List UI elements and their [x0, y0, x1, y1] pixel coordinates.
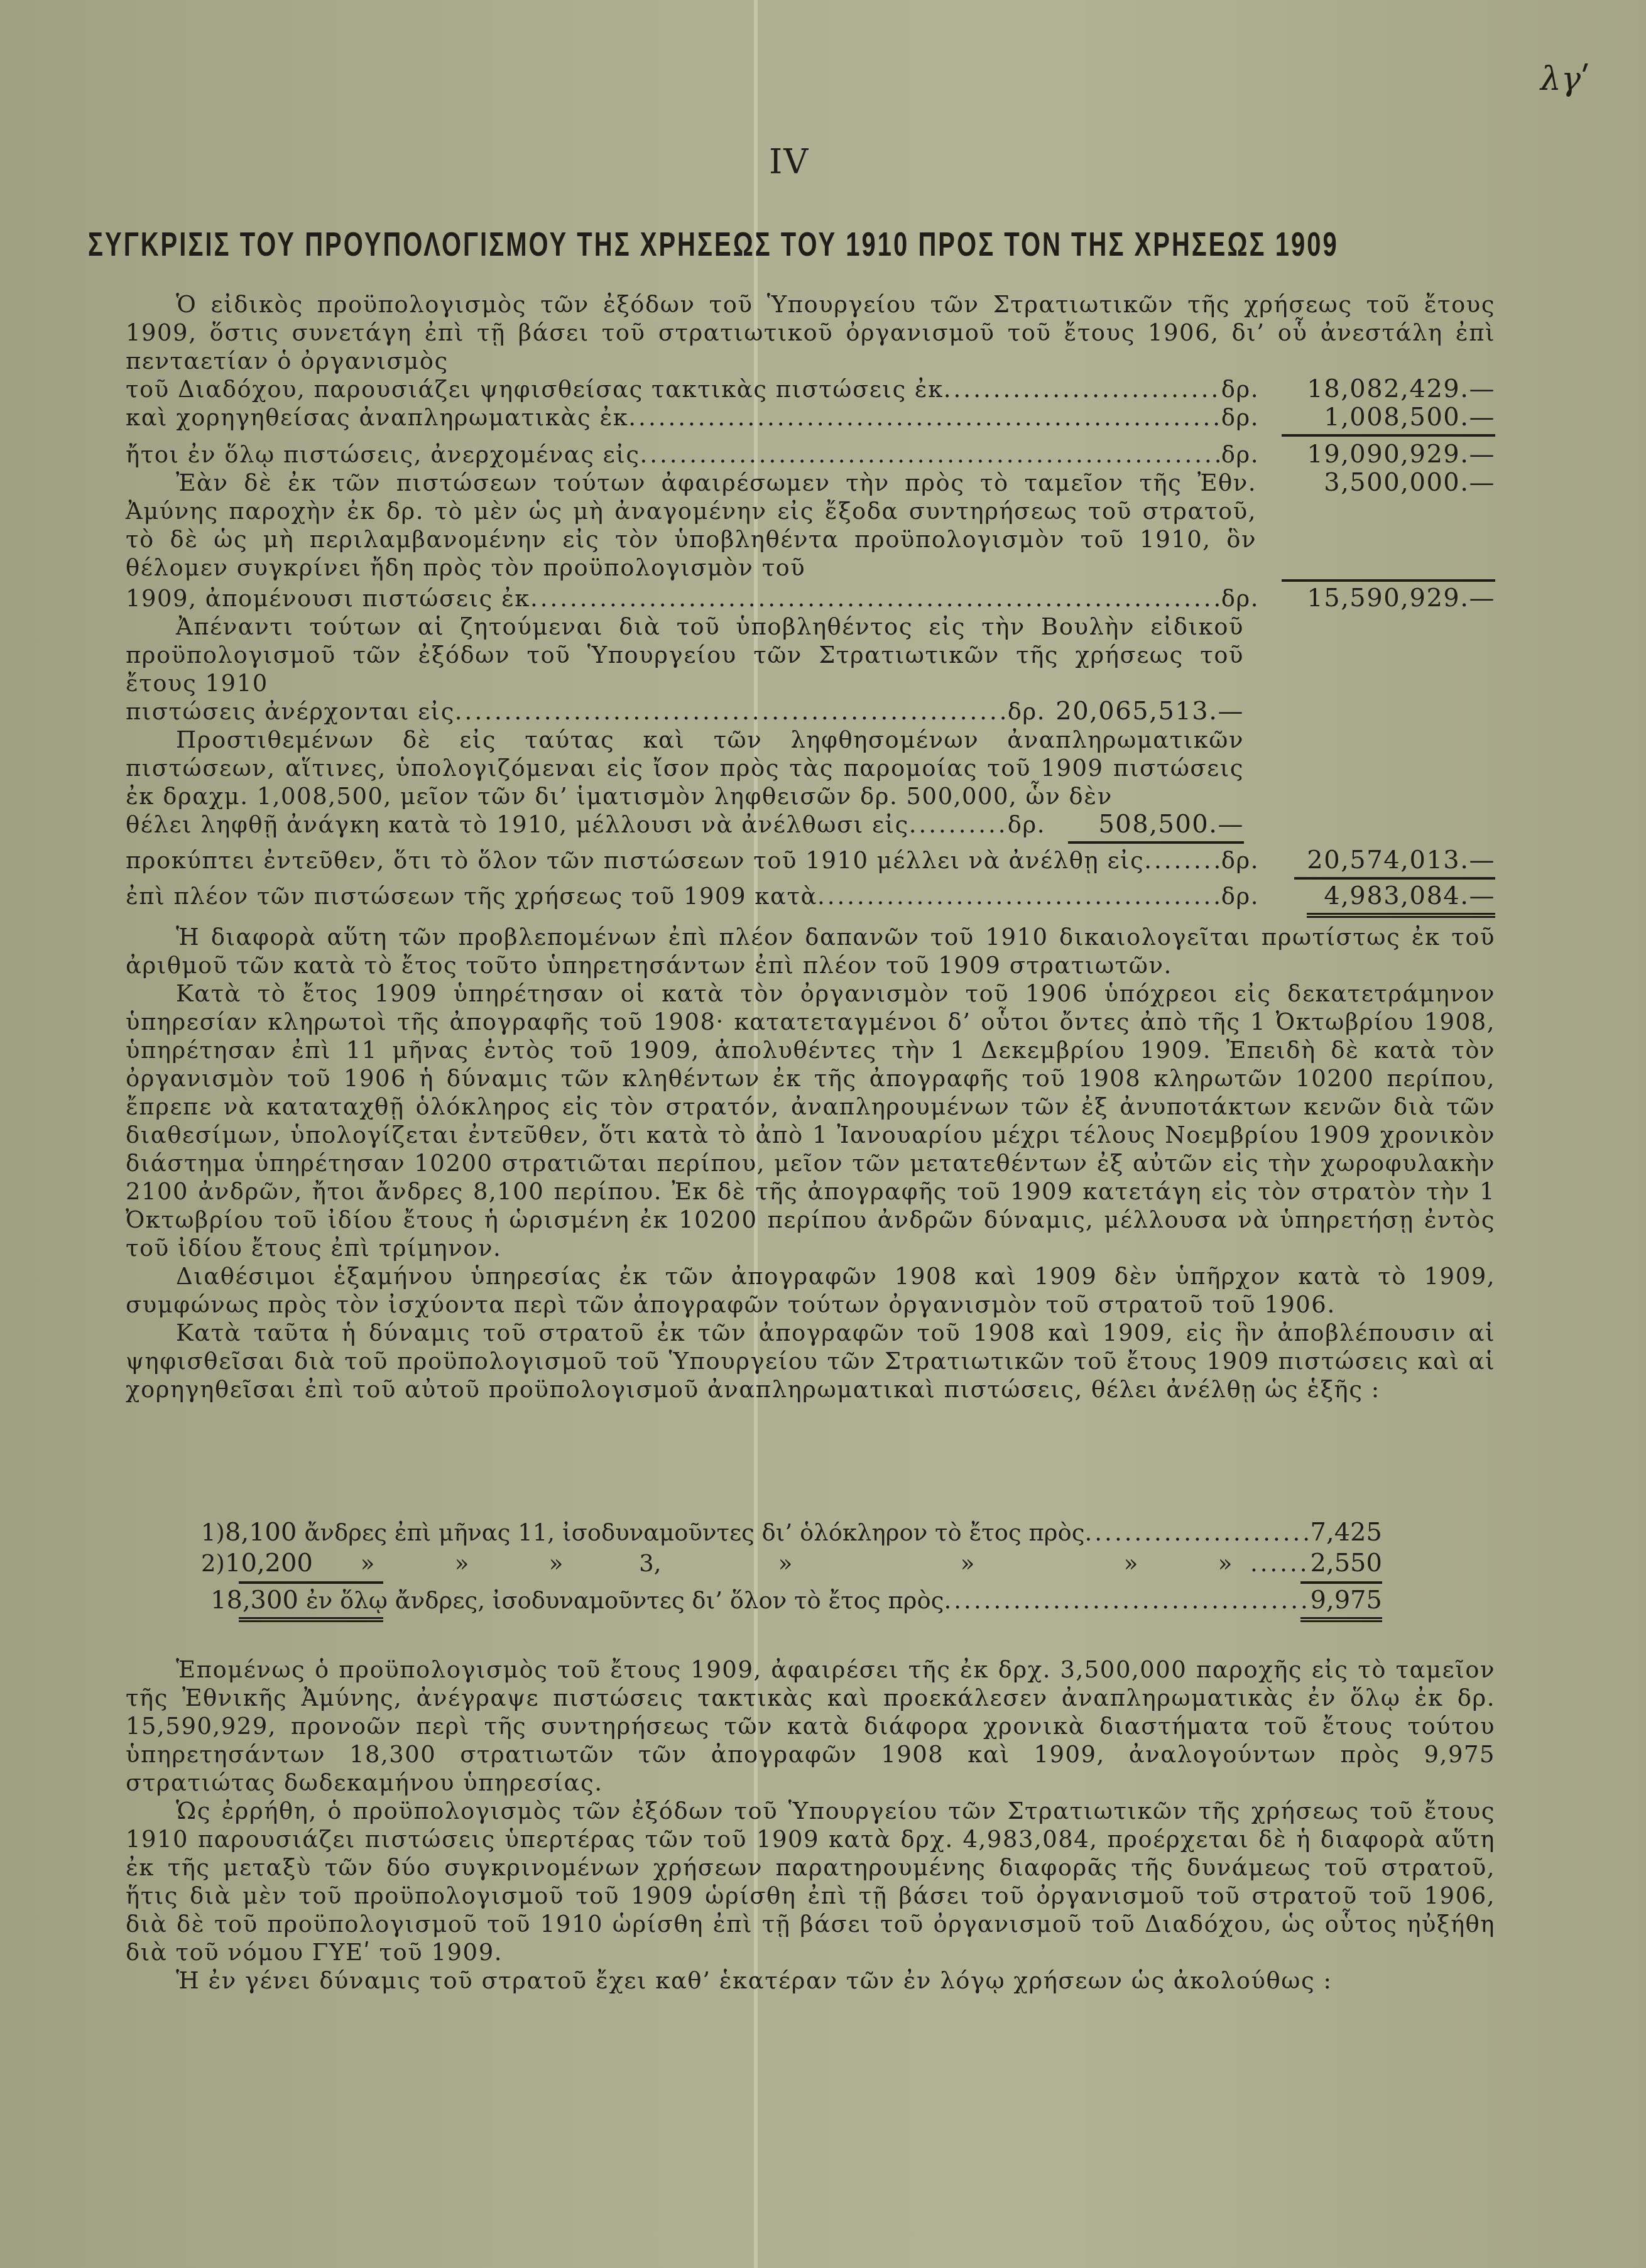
- sum-rule: [1300, 1581, 1382, 1584]
- troops-total-row: 18,300 ἐν ὅλῳ ἄνδρες, ἰσοδυναμοῦντες δι’…: [201, 1585, 1382, 1616]
- paragraph-as-said: Ὡς ἐρρήθη, ὁ προϋπολογισμὸς τῶν ἐξόδων τ…: [126, 1797, 1495, 1966]
- paragraph-strength: Κατὰ ταῦτα ἡ δύναμις τοῦ στρατοῦ ἐκ τῶν …: [126, 1319, 1495, 1404]
- closing-section: Ἑπομένως ὁ προϋπολογισμὸς τοῦ ἔτους 1909…: [126, 1655, 1495, 1995]
- ledger-line-excess: ἐπὶ πλέον τῶν πιστώσεων τῆς χρήσεως τοῦ …: [126, 882, 1495, 910]
- ledger-intro: Ὁ εἰδικὸς προϋπολογισμὸς τῶν ἐξόδων τοῦ …: [126, 290, 1495, 375]
- deduction-amount: 3,500,000.—: [1269, 469, 1495, 497]
- sum-rule: [1282, 579, 1495, 582]
- ledger-section: Ὁ εἰδικὸς προϋπολογισμὸς τῶν ἐξόδων τοῦ …: [126, 290, 1495, 1404]
- excess-amount: 4,983,084.—: [1269, 882, 1495, 910]
- page-folio: λγʹ: [1540, 60, 1590, 98]
- budget-1910-amount: 20,065,513.—: [1055, 697, 1244, 726]
- ledger-amount: 18,082,429.—: [1269, 375, 1495, 403]
- ledger-line-total-1909: ἤτοι ἐν ὅλῳ πιστώσεις, ἀνερχομένας εἰς δ…: [126, 440, 1495, 469]
- sum-rule: [239, 1581, 383, 1584]
- page-title: ΣΥΓΚΡΙΣΙΣ ΤΟΥ ΠΡΟΥΠΟΛΟΓΙΣΜΟΥ ΤΗΣ ΧΡΗΣΕΩΣ…: [88, 226, 1489, 264]
- total-double-rule: [239, 1617, 383, 1622]
- paragraph-available: Διαθέσιμοι ἑξαμήνου ὑπηρεσίας ἐκ τῶν ἀπο…: [126, 1262, 1495, 1319]
- ledger-label: τοῦ Διαδόχου, παρουσιάζει ψηφισθείσας τα…: [126, 375, 944, 403]
- sum-rule: [1294, 877, 1495, 880]
- troops-table: 1) 8,100 ἄνδρες ἐπὶ μῆνας 11, ἰσοδυναμοῦ…: [201, 1517, 1382, 1622]
- paragraph-service-1909: Κατὰ τὸ ἔτος 1909 ὑπηρέτησαν οἱ κατὰ τὸν…: [126, 979, 1495, 1262]
- ledger-line-total-1910: προκύπτει ἐντεῦθεν, ὅτι τὸ ὅλον τῶν πιστ…: [126, 846, 1495, 875]
- ledger-deduction: Ἐὰν δὲ ἐκ τῶν πιστώσεων τούτων ἀφαιρέσωμ…: [126, 469, 1495, 582]
- troops-row: 1) 8,100 ἄνδρες ἐπὶ μῆνας 11, ἰσοδυναμοῦ…: [201, 1517, 1382, 1548]
- paragraph-general-strength: Ἡ ἐν γένει δύναμις τοῦ στρατοῦ ἔχει καθ’…: [126, 1966, 1495, 1995]
- ledger-line-supplementary-credits: καὶ χορηγηθείσας ἀναπληρωματικὰς ἐκ δρ. …: [126, 403, 1495, 432]
- section-number: IV: [769, 142, 809, 182]
- total-double-rule: [1307, 913, 1495, 918]
- ledger-line-ordinary-credits: τοῦ Διαδόχου, παρουσιάζει ψηφισθείσας τα…: [126, 375, 1495, 403]
- paragraph-difference: Ἡ διαφορὰ αὕτη τῶν προβλεπομένων ἐπὶ πλέ…: [126, 923, 1495, 979]
- sum-rule: [1068, 841, 1244, 844]
- ledger-line-remaining: 1909, ἀπομένουσι πιστώσεις ἐκ δρ. 15,590…: [126, 584, 1495, 613]
- troops-row: 2) 10,200 »»»3,»»»» 2,550: [201, 1548, 1382, 1579]
- budget-1910-block: Ἀπέναντι τούτων αἱ ζητούμεναι διὰ τοῦ ὑπ…: [126, 613, 1244, 844]
- paragraph-consequently: Ἑπομένως ὁ προϋπολογισμὸς τοῦ ἔτους 1909…: [126, 1655, 1495, 1797]
- total-double-rule: [1300, 1617, 1382, 1622]
- supplementary-1910-amount: 508,500.—: [1055, 810, 1244, 839]
- sum-rule: [1282, 434, 1495, 437]
